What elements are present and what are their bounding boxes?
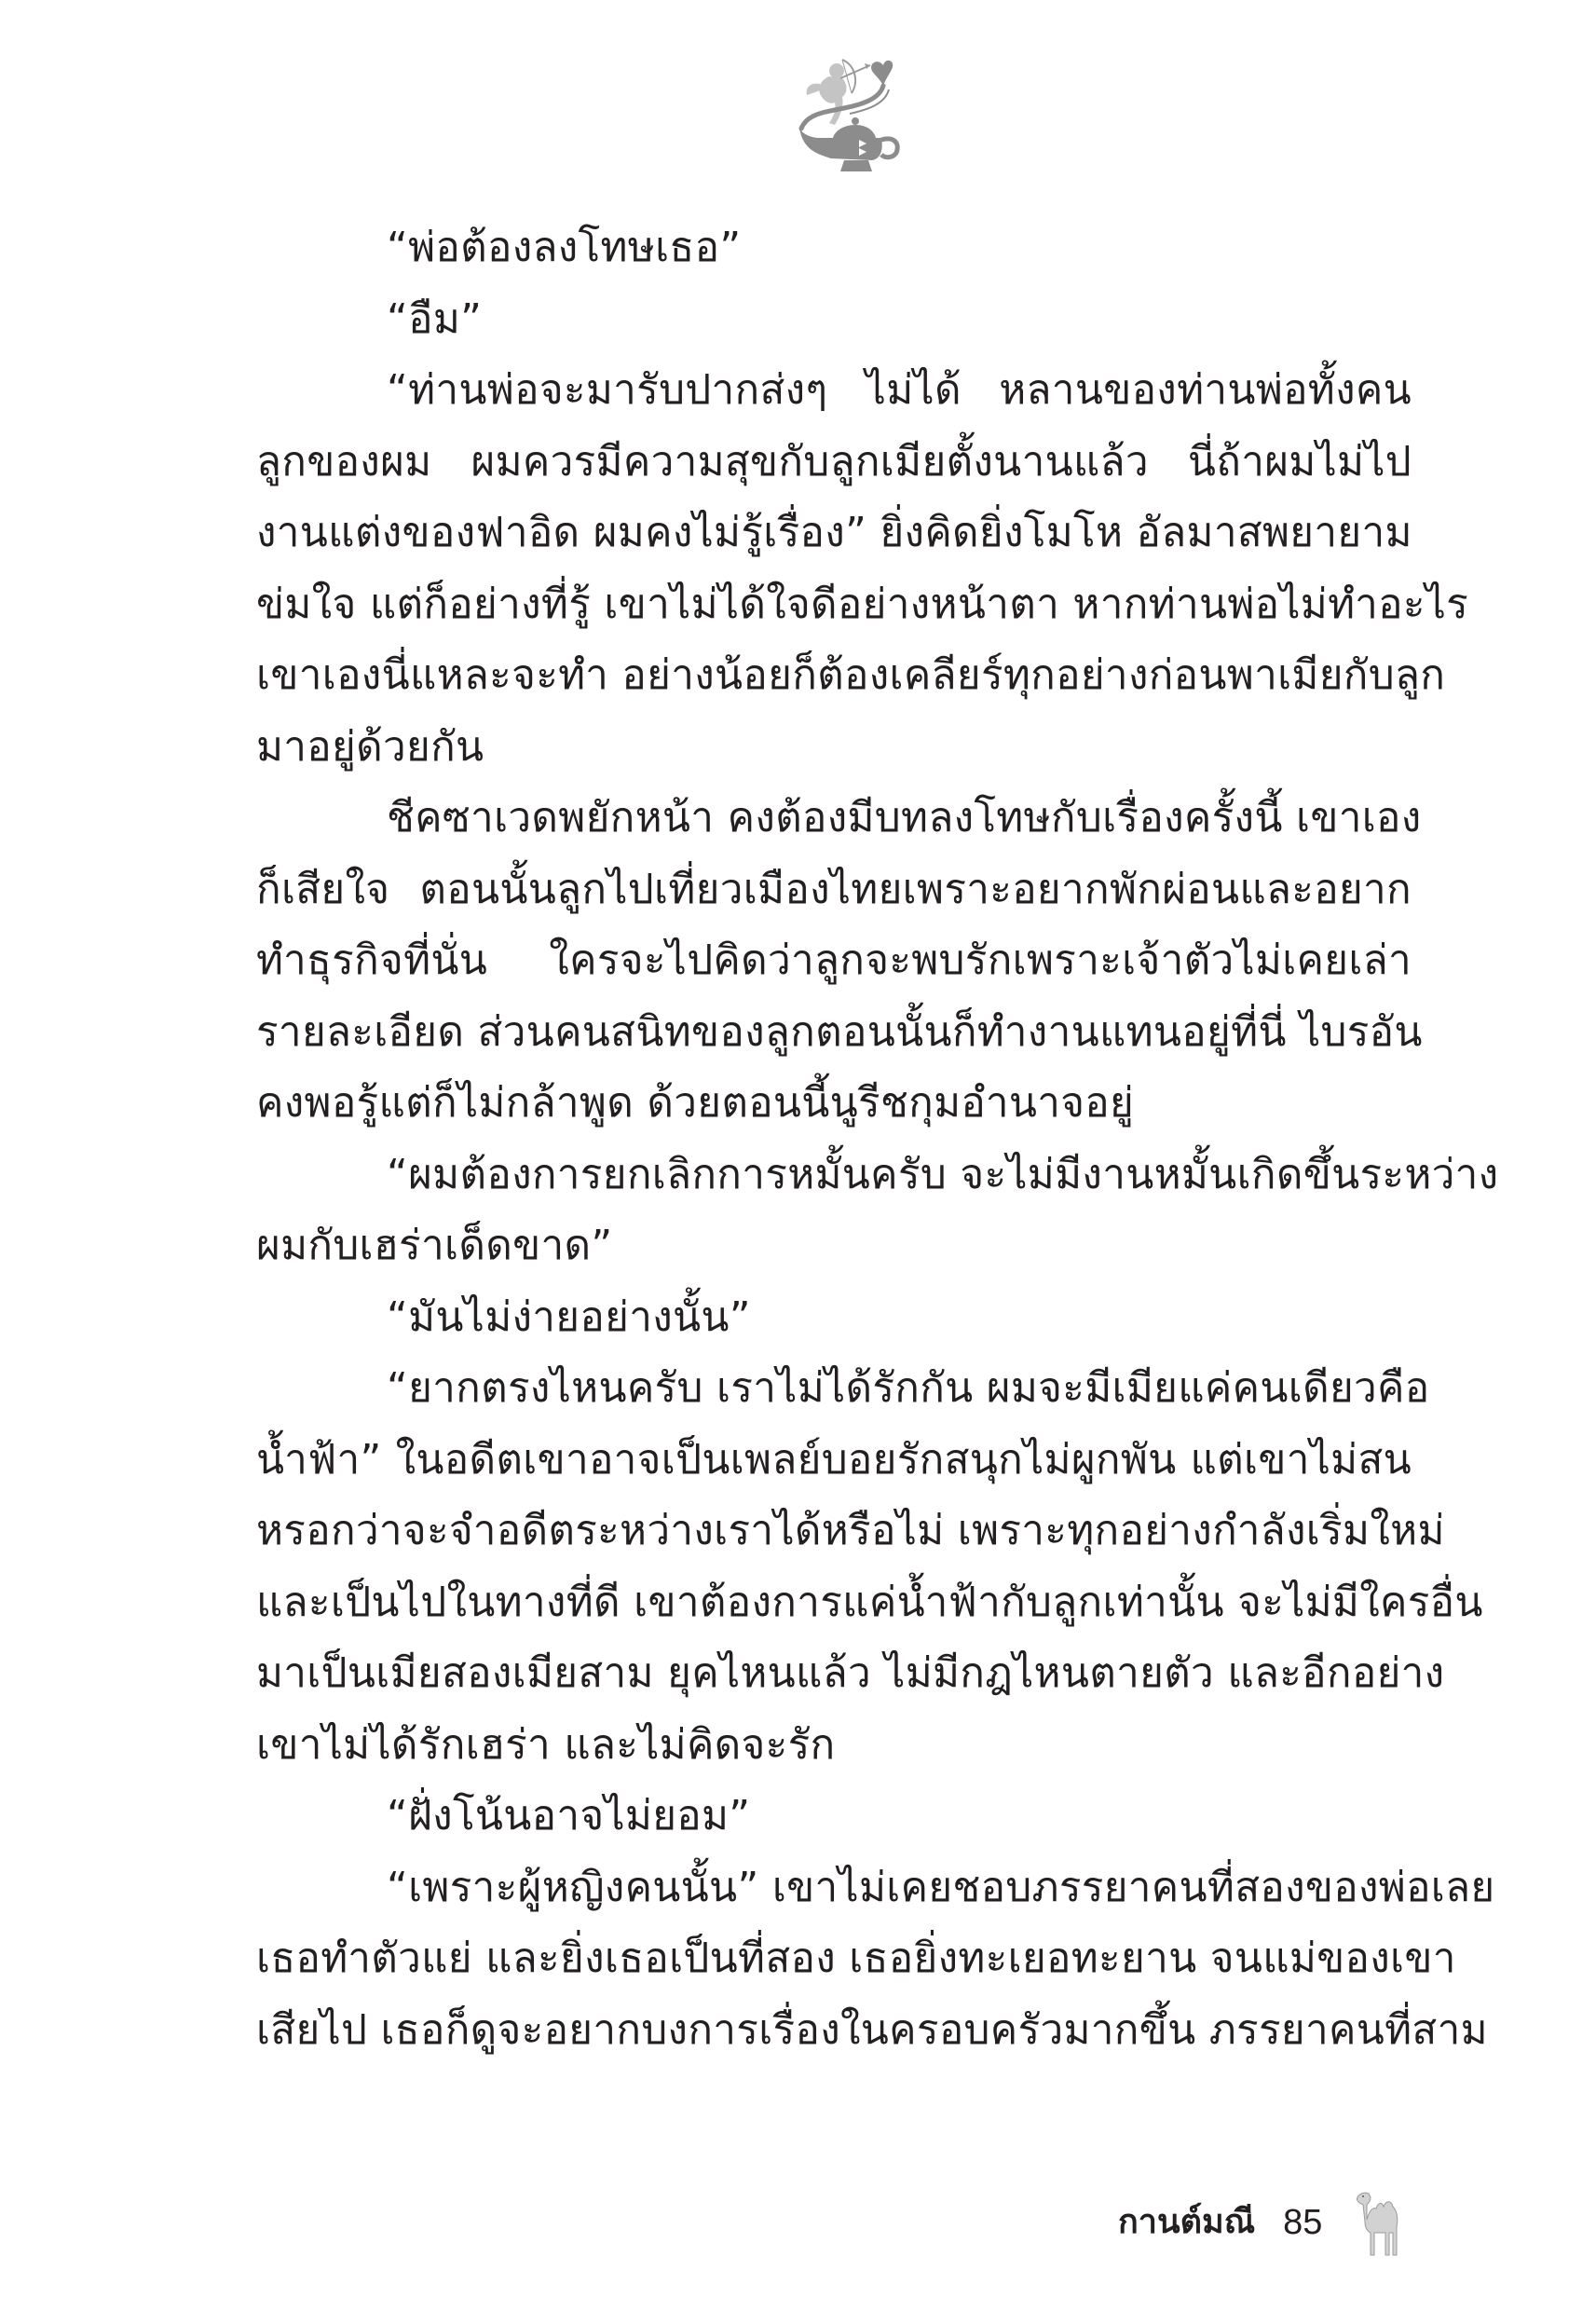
paragraph-line: “ยากตรงไหนครับ เราไม่ได้รักกัน ผมจะมีเมี… <box>256 1353 1412 1425</box>
paragraph-line: ชีคซาเวดพยักหน้า คงต้องมีบทลงโทษกับเรื่อ… <box>256 783 1412 855</box>
paragraph-line: หรอกว่าจะจำอดีตระหว่างเราได้หรือไม่ เพรา… <box>256 1496 1412 1567</box>
paragraph-line: เขาเองนี่แหละจะทำ อย่างน้อยก็ต้องเคลียร์… <box>256 640 1412 712</box>
paragraph-line: ก็เสียใจ ตอนนั้นลูกไปเที่ยวเมืองไทยเพราะ… <box>256 855 1412 926</box>
paragraph-line: งานแต่งของฟาอิด ผมคงไม่รู้เรื่อง” ยิ่งคิ… <box>256 498 1412 569</box>
paragraph-line: คงพอรู้แต่ก็ไม่กล้าพูด ด้วยตอนนี้นูรีชกุ… <box>256 1068 1412 1140</box>
paragraph-line: “อืม” <box>256 284 1412 356</box>
paragraph-line: ทำธุรกิจที่นั่น ใครจะไปคิดว่าลูกจะพบรักเ… <box>256 925 1412 997</box>
page-footer: กานต์มณี 85 <box>1118 2181 1408 2246</box>
paragraph-line: “ฝั่งโน้นอาจไม่ยอม” <box>256 1781 1412 1853</box>
book-page-body: “พ่อต้องลงโทษเธอ” “อืม” “ท่านพ่อจะมารับป… <box>256 212 1412 2066</box>
paragraph-line: เสียไป เธอก็ดูจะอยากบงการเรื่องในครอบครั… <box>256 1995 1412 2067</box>
paragraph-line: มาอยู่ด้วยกัน <box>256 712 1412 784</box>
paragraph-line: “เพราะผู้หญิงคนนั้น” เขาไม่เคยชอบภรรยาคน… <box>256 1853 1412 1924</box>
paragraph-line: เขาไม่ได้รักเฮร่า และไม่คิดจะรัก <box>256 1710 1412 1782</box>
paragraph-line: ลูกของผม ผมควรมีความสุขกับลูกเมียตั้งนาน… <box>256 427 1412 499</box>
paragraph-line: “ผมต้องการยกเลิกการหมั้นครับ จะไม่มีงานห… <box>256 1140 1412 1211</box>
paragraph-line: มาเป็นเมียสองเมียสาม ยุคไหนแล้ว ไม่มีกฎไ… <box>256 1638 1412 1710</box>
paragraph-line: “ท่านพ่อจะมารับปากส่งๆ ไม่ได้ หลานของท่า… <box>256 355 1412 427</box>
cupid-genie-lamp-icon <box>779 56 909 177</box>
page-number: 85 <box>1283 2199 1322 2246</box>
author-name: กานต์มณี <box>1118 2199 1255 2246</box>
paragraph-line: ข่มใจ แต่ก็อย่างที่รู้ เขาไม่ได้ใจดีอย่า… <box>256 569 1412 641</box>
paragraph-line: รายละเอียด ส่วนคนสนิทของลูกตอนนั้นก็ทำงา… <box>256 997 1412 1069</box>
paragraph-line: เธอทำตัวแย่ และยิ่งเธอเป็นที่สอง เธอยิ่ง… <box>256 1923 1412 1995</box>
paragraph-line: ผมกับเฮร่าเด็ดขาด” <box>256 1210 1412 1282</box>
paragraph-line: น้ำฟ้า” ในอดีตเขาอาจเป็นเพลย์บอยรักสนุกไ… <box>256 1425 1412 1497</box>
paragraph-line: “มันไม่ง่ายอย่างนั้น” <box>256 1282 1412 1354</box>
camel-icon <box>1352 2190 1408 2259</box>
paragraph-line: “พ่อต้องลงโทษเธอ” <box>256 212 1412 284</box>
paragraph-line: และเป็นไปในทางที่ดี เขาต้องการแค่น้ำฟ้าก… <box>256 1567 1412 1639</box>
